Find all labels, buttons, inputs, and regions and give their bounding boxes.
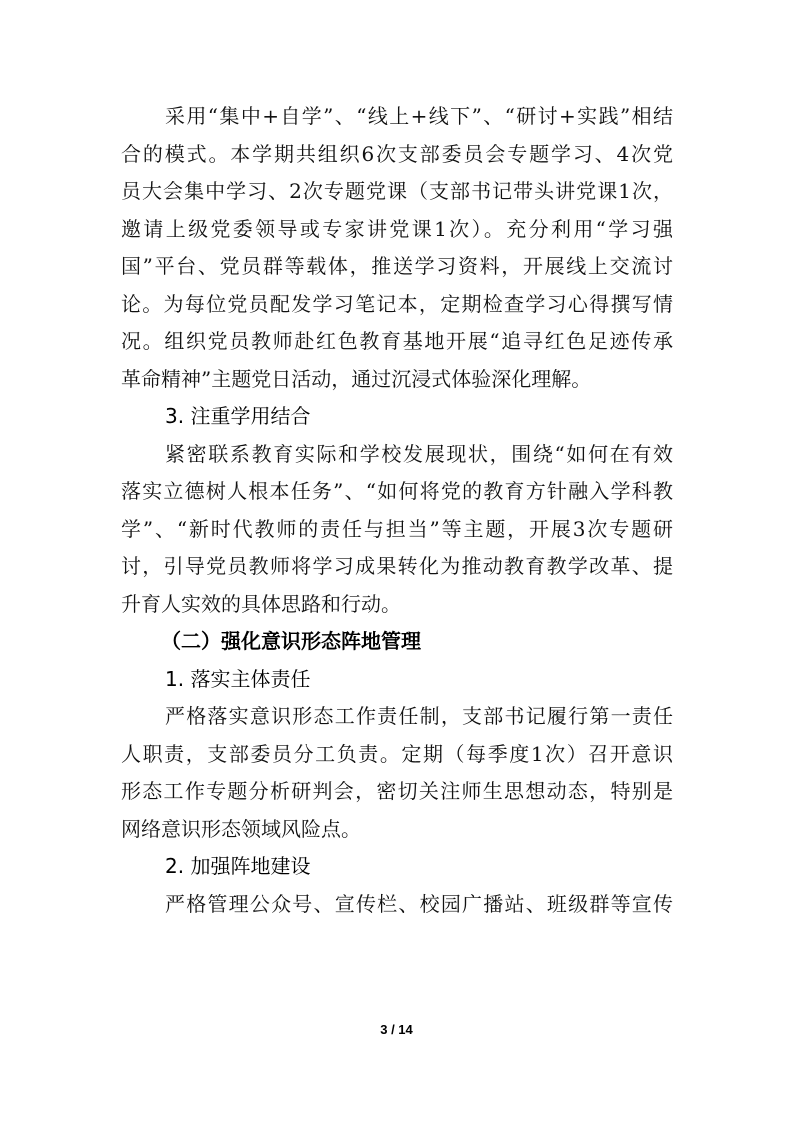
text-line: 论。为每位党员配发学习笔记本，定期检查学习心得撰写情	[121, 286, 673, 324]
text-line: 员大会集中学习、2次专题党课（支部书记带头讲党课1次，	[121, 173, 673, 211]
page-number: 3 / 14	[0, 1022, 793, 1037]
text-line: 网络意识形态领域风险点。	[121, 811, 673, 849]
text-line: 况。组织党员教师赴红色教育基地开展“追寻红色足迹传承	[121, 323, 673, 361]
text-line: 邀请上级党委领导或专家讲党课1次）。充分利用“学习强	[121, 211, 673, 249]
text-line: 学”、“新时代教师的责任与担当”等主题，开展3次专题研	[121, 511, 673, 549]
text-line: 形态工作专题分析研判会，密切关注师生思想动态，特别是	[121, 773, 673, 811]
paragraph-study-mode: 采用“集中+自学”、“线上+线下”、“研讨+实践”相结 合的模式。本学期共组织6…	[121, 98, 673, 398]
text-line: 革命精神”主题党日活动，通过沉浸式体验深化理解。	[121, 361, 673, 399]
subheading-position-building: 2. 加强阵地建设	[121, 848, 673, 886]
paragraph-study-application: 紧密联系教育实际和学校发展现状，围绕“如何在有效 落实立德树人根本任务”、“如何…	[121, 436, 673, 624]
text-line: 讨，引导党员教师将学习成果转化为推动教育教学改革、提	[121, 548, 673, 586]
subheading-responsibility: 1. 落实主体责任	[121, 661, 673, 699]
text-line: 人职责，支部委员分工负责。定期（每季度1次）召开意识	[121, 736, 673, 774]
text-line: 严格管理公众号、宣传栏、校园广播站、班级群等宣传	[121, 886, 673, 924]
section-heading-ideology: （二）强化意识形态阵地管理	[121, 623, 673, 661]
paragraph-responsibility: 严格落实意识形态工作责任制，支部书记履行第一责任 人职责，支部委员分工负责。定期…	[121, 698, 673, 848]
subheading-study-application: 3. 注重学用结合	[121, 398, 673, 436]
text-line: 采用“集中+自学”、“线上+线下”、“研讨+实践”相结	[121, 98, 673, 136]
text-line: 落实立德树人根本任务”、“如何将党的教育方针融入学科教	[121, 473, 673, 511]
text-line: 严格落实意识形态工作责任制，支部书记履行第一责任	[121, 698, 673, 736]
paragraph-position-building: 严格管理公众号、宣传栏、校园广播站、班级群等宣传	[121, 886, 673, 924]
text-line: 国”平台、党员群等载体，推送学习资料，开展线上交流讨	[121, 248, 673, 286]
page-content: 采用“集中+自学”、“线上+线下”、“研讨+实践”相结 合的模式。本学期共组织6…	[121, 98, 673, 923]
text-line: 升育人实效的具体思路和行动。	[121, 586, 673, 624]
document-page: 采用“集中+自学”、“线上+线下”、“研讨+实践”相结 合的模式。本学期共组织6…	[0, 0, 793, 1122]
text-line: 合的模式。本学期共组织6次支部委员会专题学习、4次党	[121, 136, 673, 174]
text-line: 紧密联系教育实际和学校发展现状，围绕“如何在有效	[121, 436, 673, 474]
